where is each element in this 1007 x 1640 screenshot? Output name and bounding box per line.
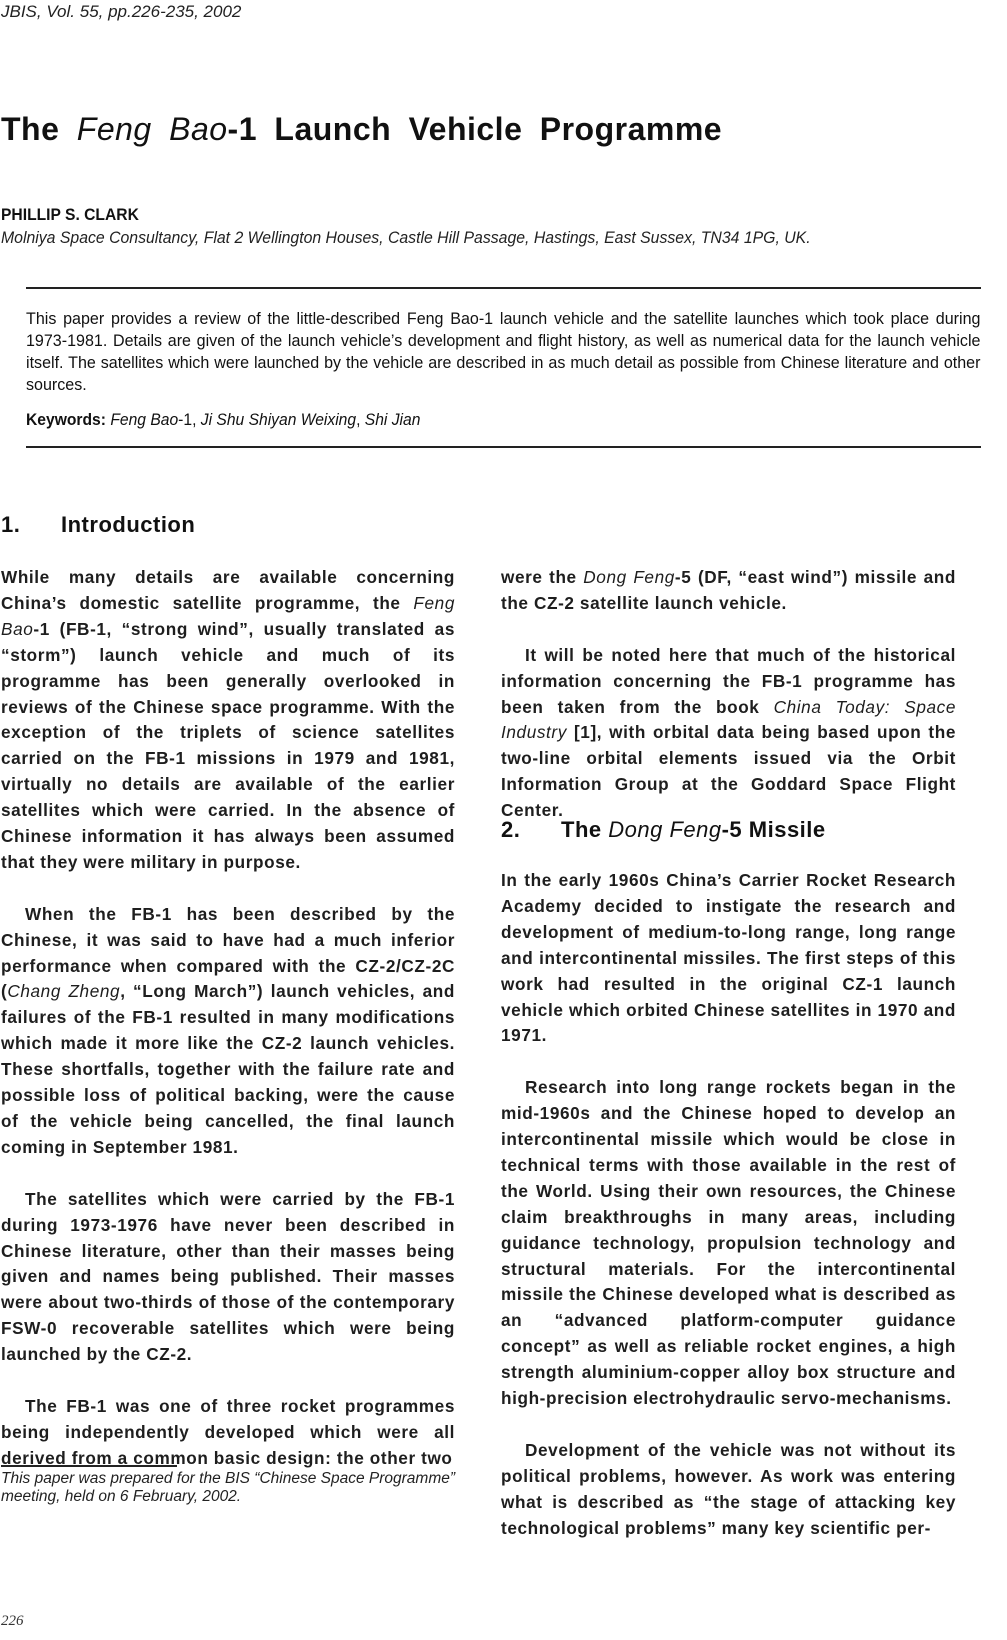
- author-affiliation: Molniya Space Consultancy, Flat 2 Wellin…: [1, 228, 811, 248]
- paragraph: Research into long range rockets began i…: [501, 1075, 956, 1412]
- text: While many details are available concern…: [1, 567, 455, 613]
- paragraph: were the Dong Feng-5 (DF, “east wind”) m…: [501, 565, 956, 617]
- keyword: Ji Shu Shiyan Weixing: [201, 410, 356, 429]
- text: , “Long March”) launch vehicles, and fai…: [1, 981, 455, 1156]
- paragraph: The satellites which were carried by the…: [1, 1187, 455, 1368]
- paragraph: While many details are available concern…: [1, 565, 455, 876]
- keyword-separator: ,: [356, 410, 365, 429]
- author-name: PHILLIP S. CLARK: [1, 205, 139, 225]
- section-title: The: [561, 817, 608, 842]
- text: -1 (FB-1, “strong wind”, usually transla…: [1, 619, 455, 872]
- abstract-bottom-divider: [26, 446, 981, 448]
- section-number: 2.: [501, 817, 561, 843]
- keywords: Keywords: Feng Bao-1, Ji Shu Shiyan Weix…: [26, 410, 420, 430]
- section-title-italic: Dong Feng: [608, 817, 721, 842]
- footnote: This paper was prepared for the BIS “Chi…: [1, 1470, 481, 1506]
- keywords-label: Keywords:: [26, 410, 106, 429]
- right-column: were the Dong Feng-5 (DF, “east wind”) m…: [501, 565, 956, 850]
- italic-text: Chang Zheng: [7, 981, 120, 1001]
- keyword: Feng Bao: [110, 410, 178, 429]
- journal-reference: JBIS, Vol. 55, pp.226-235, 2002: [1, 2, 241, 22]
- paragraph: Development of the vehicle was not witho…: [501, 1438, 956, 1542]
- text: were the: [501, 567, 583, 587]
- paragraph: When the FB-1 has been described by the …: [1, 902, 455, 1161]
- abstract-text: This paper provides a review of the litt…: [26, 308, 980, 396]
- section-heading-dong-feng-5: 2.The Dong Feng-5 Missile: [501, 817, 826, 843]
- keyword-separator: -1,: [178, 410, 201, 429]
- text: [1], with orbital data being based upon …: [501, 722, 956, 820]
- abstract-top-divider: [26, 287, 981, 289]
- section-heading-introduction: 1.Introduction: [1, 512, 195, 538]
- title-text-rest: -1 Launch Vehicle Programme: [228, 111, 723, 147]
- title-text: The: [1, 111, 77, 147]
- right-column-section-2: In the early 1960s China’s Carrier Rocke…: [501, 868, 956, 1567]
- paper-title: The Feng Bao-1 Launch Vehicle Programme: [1, 111, 722, 148]
- section-title-rest: -5 Missile: [722, 817, 826, 842]
- section-number: 1.: [1, 512, 61, 538]
- page-number: 226: [1, 1613, 24, 1630]
- title-italic-text: Feng Bao: [77, 111, 228, 147]
- paragraph: The FB-1 was one of three rocket program…: [1, 1394, 455, 1472]
- footnote-divider: [1, 1465, 177, 1467]
- keyword: Shi Jian: [365, 410, 421, 429]
- italic-text: Dong Feng: [583, 567, 675, 587]
- paragraph: It will be noted here that much of the h…: [501, 643, 956, 824]
- paragraph: In the early 1960s China’s Carrier Rocke…: [501, 868, 956, 1049]
- left-column: While many details are available concern…: [1, 565, 455, 1498]
- section-title: Introduction: [61, 512, 195, 537]
